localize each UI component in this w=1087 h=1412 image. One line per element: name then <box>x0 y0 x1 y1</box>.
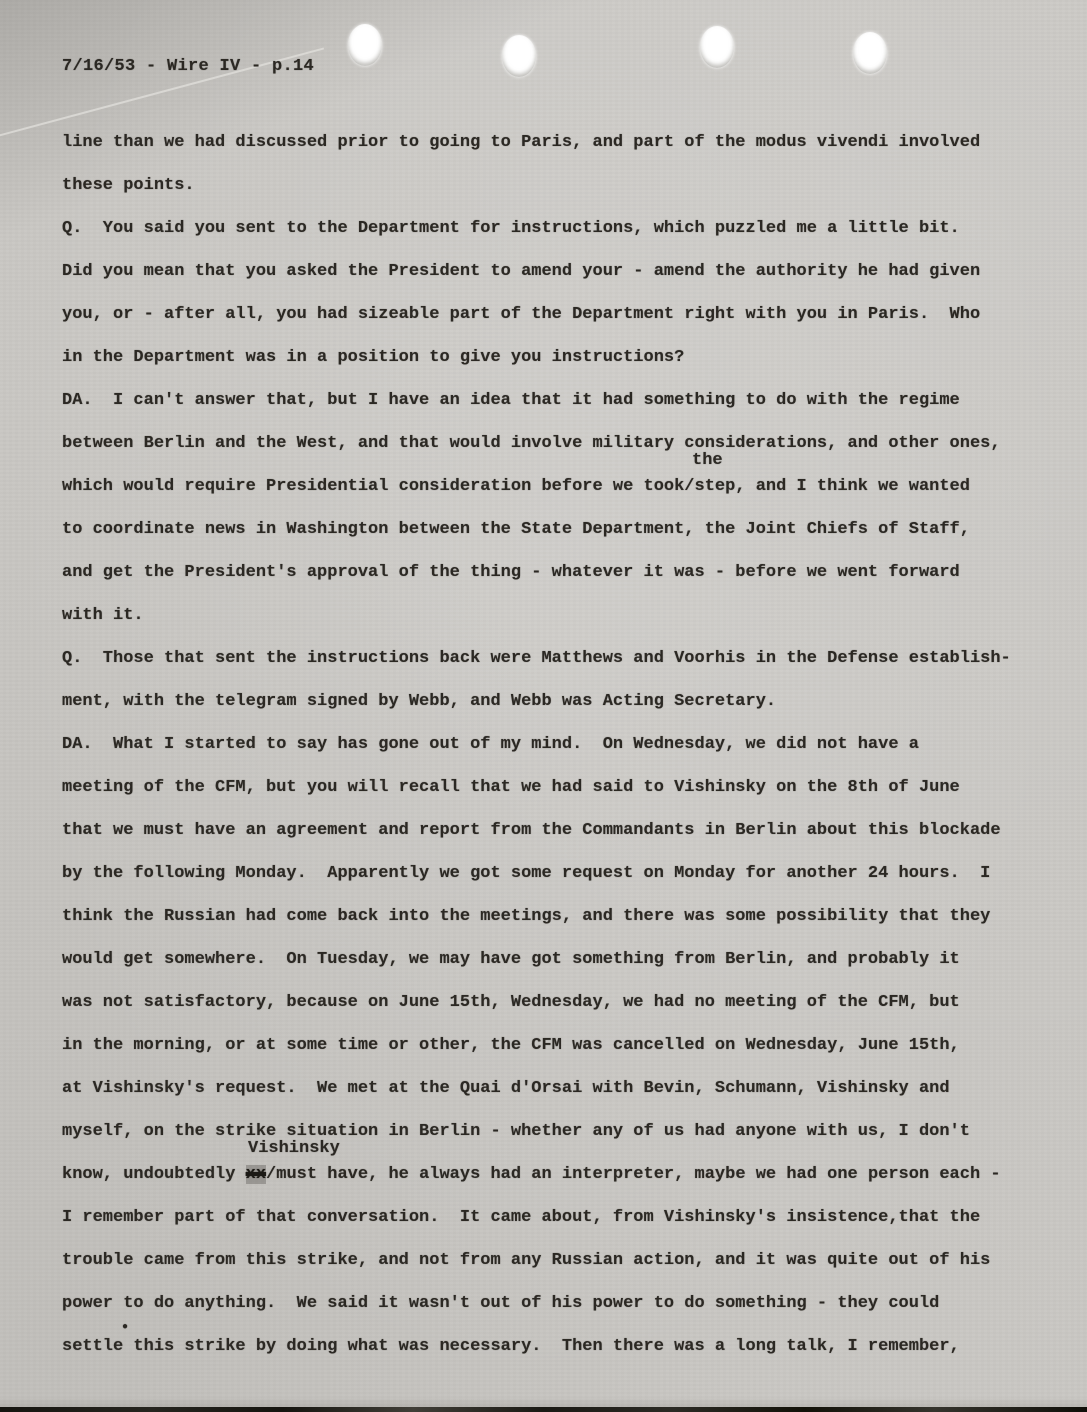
text-line: which would require Presidential conside… <box>62 465 1042 508</box>
line-text: Q. You said you sent to the Department f… <box>62 219 960 238</box>
text-line: trouble came from this strike, and not f… <box>62 1239 1042 1282</box>
text-line: and get the President's approval of the … <box>62 551 1042 594</box>
text-line: power to do anything. We said it wasn't … <box>62 1282 1042 1325</box>
line-text: meeting of the CFM, but you will recall … <box>62 778 960 797</box>
line-text: that we must have an agreement and repor… <box>62 821 1001 840</box>
page-bottom-shading <box>0 1397 1087 1407</box>
text-line: to coordinate news in Washington between… <box>62 508 1042 551</box>
text-line: that we must have an agreement and repor… <box>62 809 1042 852</box>
line-text: between Berlin and the West, and that wo… <box>62 434 1001 453</box>
line-text: which would require Presidential conside… <box>62 477 970 496</box>
text-line: DA. What I started to say has gone out o… <box>62 723 1042 766</box>
text-line: line than we had discussed prior to goin… <box>62 121 1042 164</box>
stray-ink-mark: ● <box>122 1319 128 1336</box>
text-line: Q. You said you sent to the Department f… <box>62 207 1042 250</box>
line-text: myself, on the strike situation in Berli… <box>62 1122 970 1141</box>
text-line: at Vishinsky's request. We met at the Qu… <box>62 1067 1042 1110</box>
text-line: settle this strike by doing what was nec… <box>62 1325 1042 1368</box>
text-line: ment, with the telegram signed by Webb, … <box>62 680 1042 723</box>
struck-out-text: xx <box>246 1165 266 1184</box>
text-line: these points. <box>62 164 1042 207</box>
line-text: and get the President's approval of the … <box>62 563 960 582</box>
line-text: to coordinate news in Washington between… <box>62 520 970 539</box>
line-text: know, undoubtedly <box>62 1165 246 1184</box>
interline-insertion: the <box>692 452 723 469</box>
text-line: Did you mean that you asked the Presiden… <box>62 250 1042 293</box>
line-text: at Vishinsky's request. We met at the Qu… <box>62 1079 950 1098</box>
line-text: power to do anything. We said it wasn't … <box>62 1294 939 1313</box>
page-header: 7/16/53 - Wire IV - p.14 <box>62 57 314 76</box>
line-text: DA. What I started to say has gone out o… <box>62 735 919 754</box>
line-text: by the following Monday. Apparently we g… <box>62 864 990 883</box>
document-body: line than we had discussed prior to goin… <box>62 121 1042 1368</box>
text-line: know, undoubtedly xx/must have, he alway… <box>62 1153 1042 1196</box>
document-page: 7/16/53 - Wire IV - p.14 line than we ha… <box>0 0 1087 1412</box>
text-line: DA. I can't answer that, but I have an i… <box>62 379 1042 422</box>
text-line: meeting of the CFM, but you will recall … <box>62 766 1042 809</box>
line-text: line than we had discussed prior to goin… <box>62 133 980 152</box>
line-text: was not satisfactory, because on June 15… <box>62 993 960 1012</box>
text-line: Q. Those that sent the instructions back… <box>62 637 1042 680</box>
line-text: would get somewhere. On Tuesday, we may … <box>62 950 960 969</box>
punch-hole <box>502 35 536 77</box>
line-text: Did you mean that you asked the Presiden… <box>62 262 980 281</box>
punch-hole <box>700 26 734 68</box>
line-text: settle this strike by doing what was nec… <box>62 1337 960 1356</box>
text-line: myself, on the strike situation in Berli… <box>62 1110 1042 1153</box>
line-text: I remember part of that conversation. It… <box>62 1208 980 1227</box>
line-text: with it. <box>62 606 144 625</box>
text-line: in the morning, or at some time or other… <box>62 1024 1042 1067</box>
punch-hole <box>348 24 382 66</box>
line-text: Q. Those that sent the instructions back… <box>62 649 1011 668</box>
punch-hole <box>853 32 887 74</box>
line-text: ment, with the telegram signed by Webb, … <box>62 692 776 711</box>
text-line: you, or - after all, you had sizeable pa… <box>62 293 1042 336</box>
line-text: you, or - after all, you had sizeable pa… <box>62 305 980 324</box>
line-text: in the Department was in a position to g… <box>62 348 684 367</box>
text-line: by the following Monday. Apparently we g… <box>62 852 1042 895</box>
text-line: think the Russian had come back into the… <box>62 895 1042 938</box>
text-line: was not satisfactory, because on June 15… <box>62 981 1042 1024</box>
text-line: I remember part of that conversation. It… <box>62 1196 1042 1239</box>
line-text: DA. I can't answer that, but I have an i… <box>62 391 960 410</box>
text-line: in the Department was in a position to g… <box>62 336 1042 379</box>
interline-insertion: Vishinsky <box>248 1140 340 1157</box>
line-text: /must have, he always had an interpreter… <box>266 1165 1001 1184</box>
line-text: think the Russian had come back into the… <box>62 907 990 926</box>
line-text: trouble came from this strike, and not f… <box>62 1251 990 1270</box>
page-edge-shadow <box>0 1407 1087 1412</box>
line-text: these points. <box>62 176 195 195</box>
line-text: in the morning, or at some time or other… <box>62 1036 960 1055</box>
text-line: with it. <box>62 594 1042 637</box>
text-line: between Berlin and the West, and that wo… <box>62 422 1042 465</box>
text-line: would get somewhere. On Tuesday, we may … <box>62 938 1042 981</box>
